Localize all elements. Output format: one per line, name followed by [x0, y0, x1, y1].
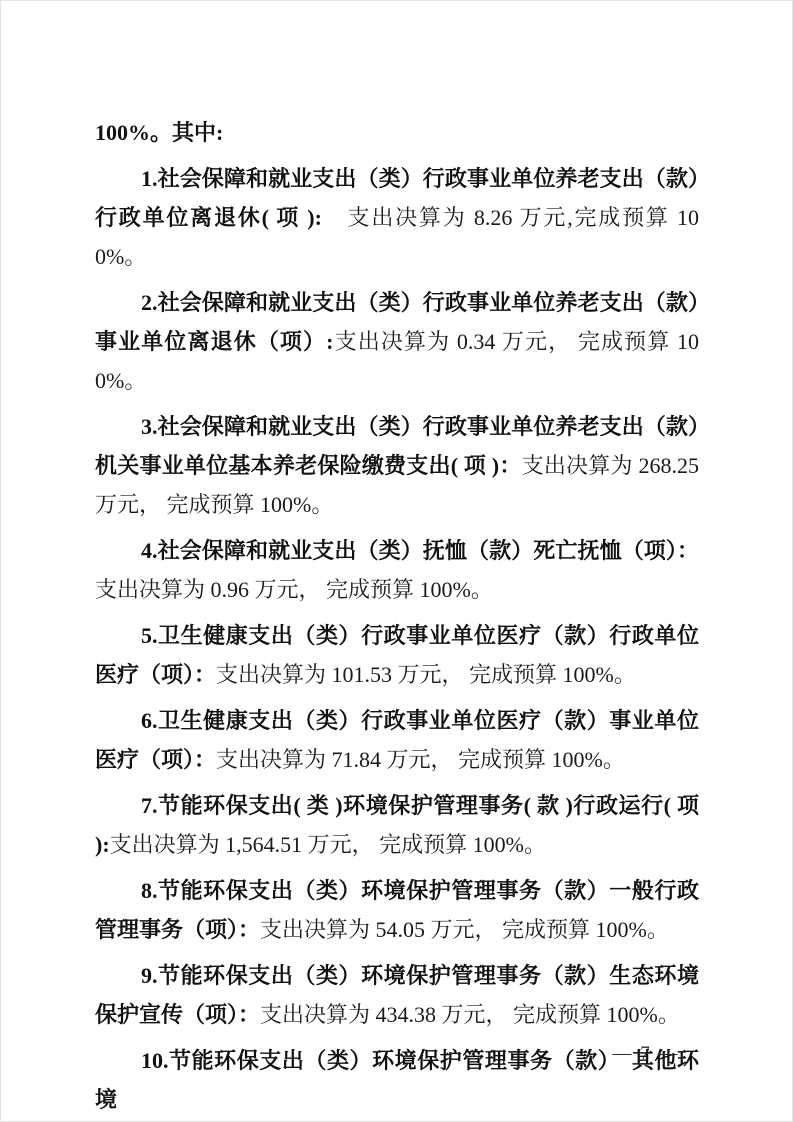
- expense-item-5: 5.卫生健康支出（类）行政事业单位医疗（款）行政单位医疗（项）：支出决算为 10…: [95, 616, 699, 694]
- expense-item-6-value: 支出决算为 71.84 万元， 完成预算 100%。: [216, 747, 625, 772]
- expense-item-8: 8.节能环保支出（类）环境保护管理事务（款）一般行政管理事务（项）：支出决算为 …: [95, 871, 699, 949]
- document-body: 100%。其中: 1.社会保障和就业支出（类）行政事业单位养老支出（款）行政单位…: [95, 113, 699, 1122]
- expense-item-5-value: 支出决算为 101.53 万元， 完成预算 100%。: [216, 662, 636, 687]
- expense-item-4-heading: 4.社会保障和就业支出（类）抚恤（款）死亡抚恤（项）：: [141, 538, 699, 563]
- expense-item-7: 7.节能环保支出( 类 )环境保护管理事务( 款 )行政运行( 项 ):支出决算…: [95, 786, 699, 864]
- expense-item-4-value: 支出决算为 0.96 万元， 完成预算 100%。: [95, 577, 493, 602]
- intro-text: 100%。其中:: [95, 120, 223, 145]
- expense-item-2: 2.社会保障和就业支出（类）行政事业单位养老支出（款）事业单位离退休（项）:支出…: [95, 283, 699, 400]
- expense-item-6: 6.卫生健康支出（类）行政事业单位医疗（款）事业单位医疗（项）：支出决算为 71…: [95, 701, 699, 779]
- document-page: 100%。其中: 1.社会保障和就业支出（类）行政事业单位养老支出（款）行政单位…: [0, 0, 793, 1122]
- expense-item-9: 9.节能环保支出（类）环境保护管理事务（款）生态环境保护宣传（项）：支出决算为 …: [95, 956, 699, 1034]
- expense-item-7-value: 支出决算为 1,564.51 万元， 完成预算 100%。: [110, 832, 546, 857]
- intro-line: 100%。其中:: [95, 113, 699, 152]
- expense-item-4: 4.社会保障和就业支出（类）抚恤（款）死亡抚恤（项）：支出决算为 0.96 万元…: [95, 531, 699, 609]
- expense-item-8-value: 支出决算为 54.05 万元， 完成预算 100%。: [260, 917, 669, 942]
- expense-item-1: 1.社会保障和就业支出（类）行政事业单位养老支出（款）行政单位离退休( 项 ):…: [95, 159, 699, 276]
- expense-item-9-value: 支出决算为 434.38 万元， 完成预算 100%。: [260, 1002, 680, 1027]
- expense-item-3: 3.社会保障和就业支出（类）行政事业单位养老支出（款）机关事业单位基本养老保险缴…: [95, 407, 699, 524]
- page-number: — 7 —: [601, 1043, 691, 1065]
